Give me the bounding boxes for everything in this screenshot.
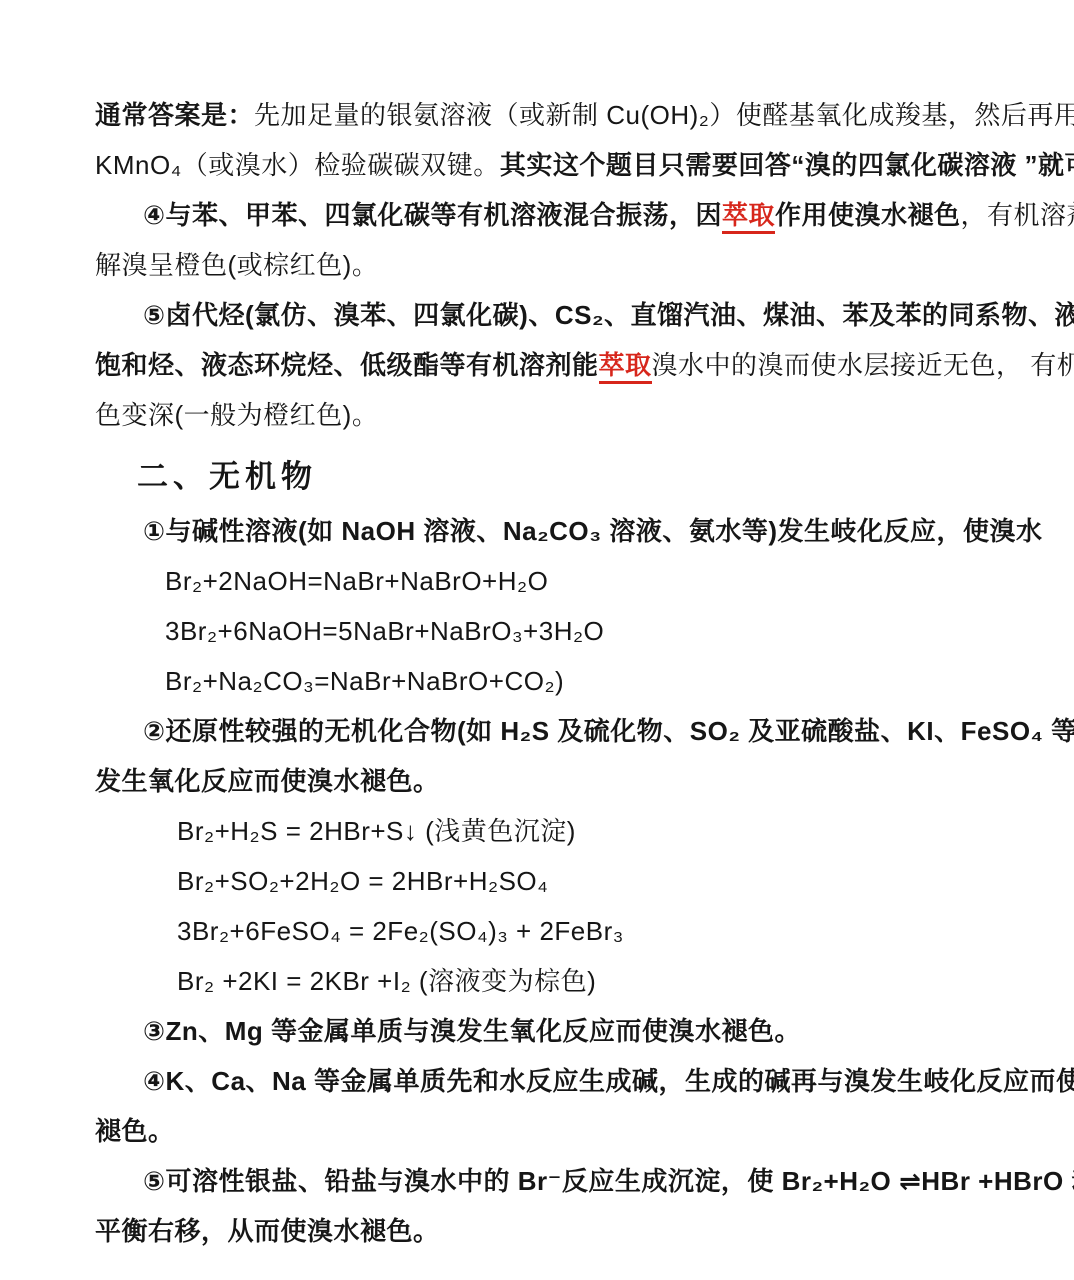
equation-text: Br₂ +2KI = 2KBr +I₂ (溶液变为棕色) xyxy=(177,966,596,996)
text-segment: ④与苯、甲苯、四氯化碳等有机溶液混合振荡，因 xyxy=(143,200,722,230)
line-item5-continued-2: 色变深(一般为橙红色)。 xyxy=(95,390,981,440)
equation-br2-na2co3: Br₂+Na₂CO₃=NaBr+NaBrO+CO₂) xyxy=(95,656,981,706)
line-item5-halides: ⑤卤代烃(氯仿、溴苯、四氯化碳)、CS₂、直馏汽油、煤油、苯及苯的同系物、液态 xyxy=(95,290,981,340)
highlight-extract-term: 萃取 xyxy=(599,350,652,384)
equation-text: Br₂+SO₂+2H₂O = 2HBr+H₂SO₄ xyxy=(177,866,548,896)
equation-text: Br₂+H₂S = 2HBr+S↓ (浅黄色沉淀) xyxy=(177,816,576,846)
line-item1-alkali: ①与碱性溶液(如 NaOH 溶液、Na₂CO₃ 溶液、氨水等)发生岐化反应，使溴… xyxy=(95,506,981,556)
text-segment: 发生氧化反应而使溴水褪色。 xyxy=(95,766,440,796)
equation-text: 3Br₂+6FeSO₄ = 2Fe₂(SO₄)₃ + 2FeBr₃ xyxy=(177,916,624,946)
text-segment: 其实这个题目只需要回答“溴的四氯化碳溶液 ”就可以！ xyxy=(500,150,1074,180)
line-usual-answer: 通常答案是：先加足量的银氨溶液（或新制 Cu(OH)₂）使醛基氧化成羧基，然后再… xyxy=(95,90,981,140)
equation-br2-so2: Br₂+SO₂+2H₂O = 2HBr+H₂SO₄ xyxy=(95,856,981,906)
equation-br2-h2s: Br₂+H₂S = 2HBr+S↓ (浅黄色沉淀) xyxy=(95,806,981,856)
text-segment: ③Zn、Mg 等金属单质与溴发生氧化反应而使溴水褪色。 xyxy=(143,1016,801,1046)
text-segment: 平衡右移，从而使溴水褪色。 xyxy=(95,1216,440,1246)
equation-text: Br₂+Na₂CO₃=NaBr+NaBrO+CO₂) xyxy=(165,666,564,696)
line-item4-alkali-metals: ④K、Ca、Na 等金属单质先和水反应生成碱，生成的碱再与溴发生岐化反应而使溴水 xyxy=(95,1056,981,1106)
line-item4-alkali-metals-continued: 褪色。 xyxy=(95,1106,981,1156)
section-heading-inorganic: 二、无机物 xyxy=(95,448,981,506)
text-segment: 褪色。 xyxy=(95,1116,175,1146)
line-item2-reducing-compounds: ②还原性较强的无机化合物(如 H₂S 及硫化物、SO₂ 及亚硫酸盐、KI、FeS… xyxy=(95,706,981,756)
text-segment: ②还原性较强的无机化合物(如 H₂S 及硫化物、SO₂ 及亚硫酸盐、KI、FeS… xyxy=(143,716,1074,746)
text-segment: 通常答案是： xyxy=(95,100,254,130)
equation-br2-2ki: Br₂ +2KI = 2KBr +I₂ (溶液变为棕色) xyxy=(95,956,981,1006)
line-item4-organic-mix: ④与苯、甲苯、四氯化碳等有机溶液混合振荡，因萃取作用使溴水褪色，有机溶剂溶 xyxy=(95,190,981,240)
text-segment: KMnO₄（或溴水）检验碳碳双键。 xyxy=(95,150,500,180)
document-page: 通常答案是：先加足量的银氨溶液（或新制 Cu(OH)₂）使醛基氧化成羧基，然后再… xyxy=(95,90,981,1256)
line-item5-soluble-salts: ⑤可溶性银盐、铅盐与溴水中的 Br⁻反应生成沉淀，使 Br₂+H₂O ⇌HBr … xyxy=(95,1156,981,1206)
line-item3-metals: ③Zn、Mg 等金属单质与溴发生氧化反应而使溴水褪色。 xyxy=(95,1006,981,1056)
text-segment: 解溴呈橙色(或棕红色)。 xyxy=(95,250,378,280)
line-item5-continued-1: 饱和烃、液态环烷烃、低级酯等有机溶剂能萃取溴水中的溴而使水层接近无色， 有机层颜 xyxy=(95,340,981,390)
text-segment: 色变深(一般为橙红色)。 xyxy=(95,400,378,430)
text-segment: 作用使溴水褪色 xyxy=(775,200,961,230)
equation-3br2-6feso4: 3Br₂+6FeSO₄ = 2Fe₂(SO₄)₃ + 2FeBr₃ xyxy=(95,906,981,956)
text-segment: ⑤卤代烃(氯仿、溴苯、四氯化碳)、CS₂、直馏汽油、煤油、苯及苯的同系物、液态 xyxy=(143,300,1074,330)
text-segment: ，有机溶剂溶 xyxy=(961,200,1074,230)
highlight-extract-term: 萃取 xyxy=(722,200,775,234)
text-segment: ④K、Ca、Na 等金属单质先和水反应生成碱，生成的碱再与溴发生岐化反应而使溴水 xyxy=(143,1066,1074,1096)
line-kmno4-check: KMnO₄（或溴水）检验碳碳双键。其实这个题目只需要回答“溴的四氯化碳溶液 ”就… xyxy=(95,140,981,190)
text-segment: ①与碱性溶液(如 NaOH 溶液、Na₂CO₃ 溶液、氨水等)发生岐化反应，使溴… xyxy=(143,516,1043,546)
equation-text: Br₂+2NaOH=NaBr+NaBrO+H₂O xyxy=(165,566,548,596)
text-segment: 饱和烃、液态环烷烃、低级酯等有机溶剂能 xyxy=(95,350,599,380)
equation-3br2-6naoh: 3Br₂+6NaOH=5NaBr+NaBrO₃+3H₂O xyxy=(95,606,981,656)
line-item4-continued: 解溴呈橙色(或棕红色)。 xyxy=(95,240,981,290)
text-segment: 先加足量的银氨溶液（或新制 Cu(OH)₂）使醛基氧化成羧基，然后再用酸性 xyxy=(254,100,1074,130)
text-segment: 溴水中的溴而使水层接近无色， 有机层颜 xyxy=(652,350,1074,380)
text-segment: ⑤可溶性银盐、铅盐与溴水中的 Br⁻反应生成沉淀，使 Br₂+H₂O ⇌HBr … xyxy=(143,1166,1074,1196)
equation-br2-2naoh: Br₂+2NaOH=NaBr+NaBrO+H₂O xyxy=(95,556,981,606)
line-item2-continued: 发生氧化反应而使溴水褪色。 xyxy=(95,756,981,806)
equation-text: 3Br₂+6NaOH=5NaBr+NaBrO₃+3H₂O xyxy=(165,616,604,646)
line-item5-soluble-salts-continued: 平衡右移，从而使溴水褪色。 xyxy=(95,1206,981,1256)
